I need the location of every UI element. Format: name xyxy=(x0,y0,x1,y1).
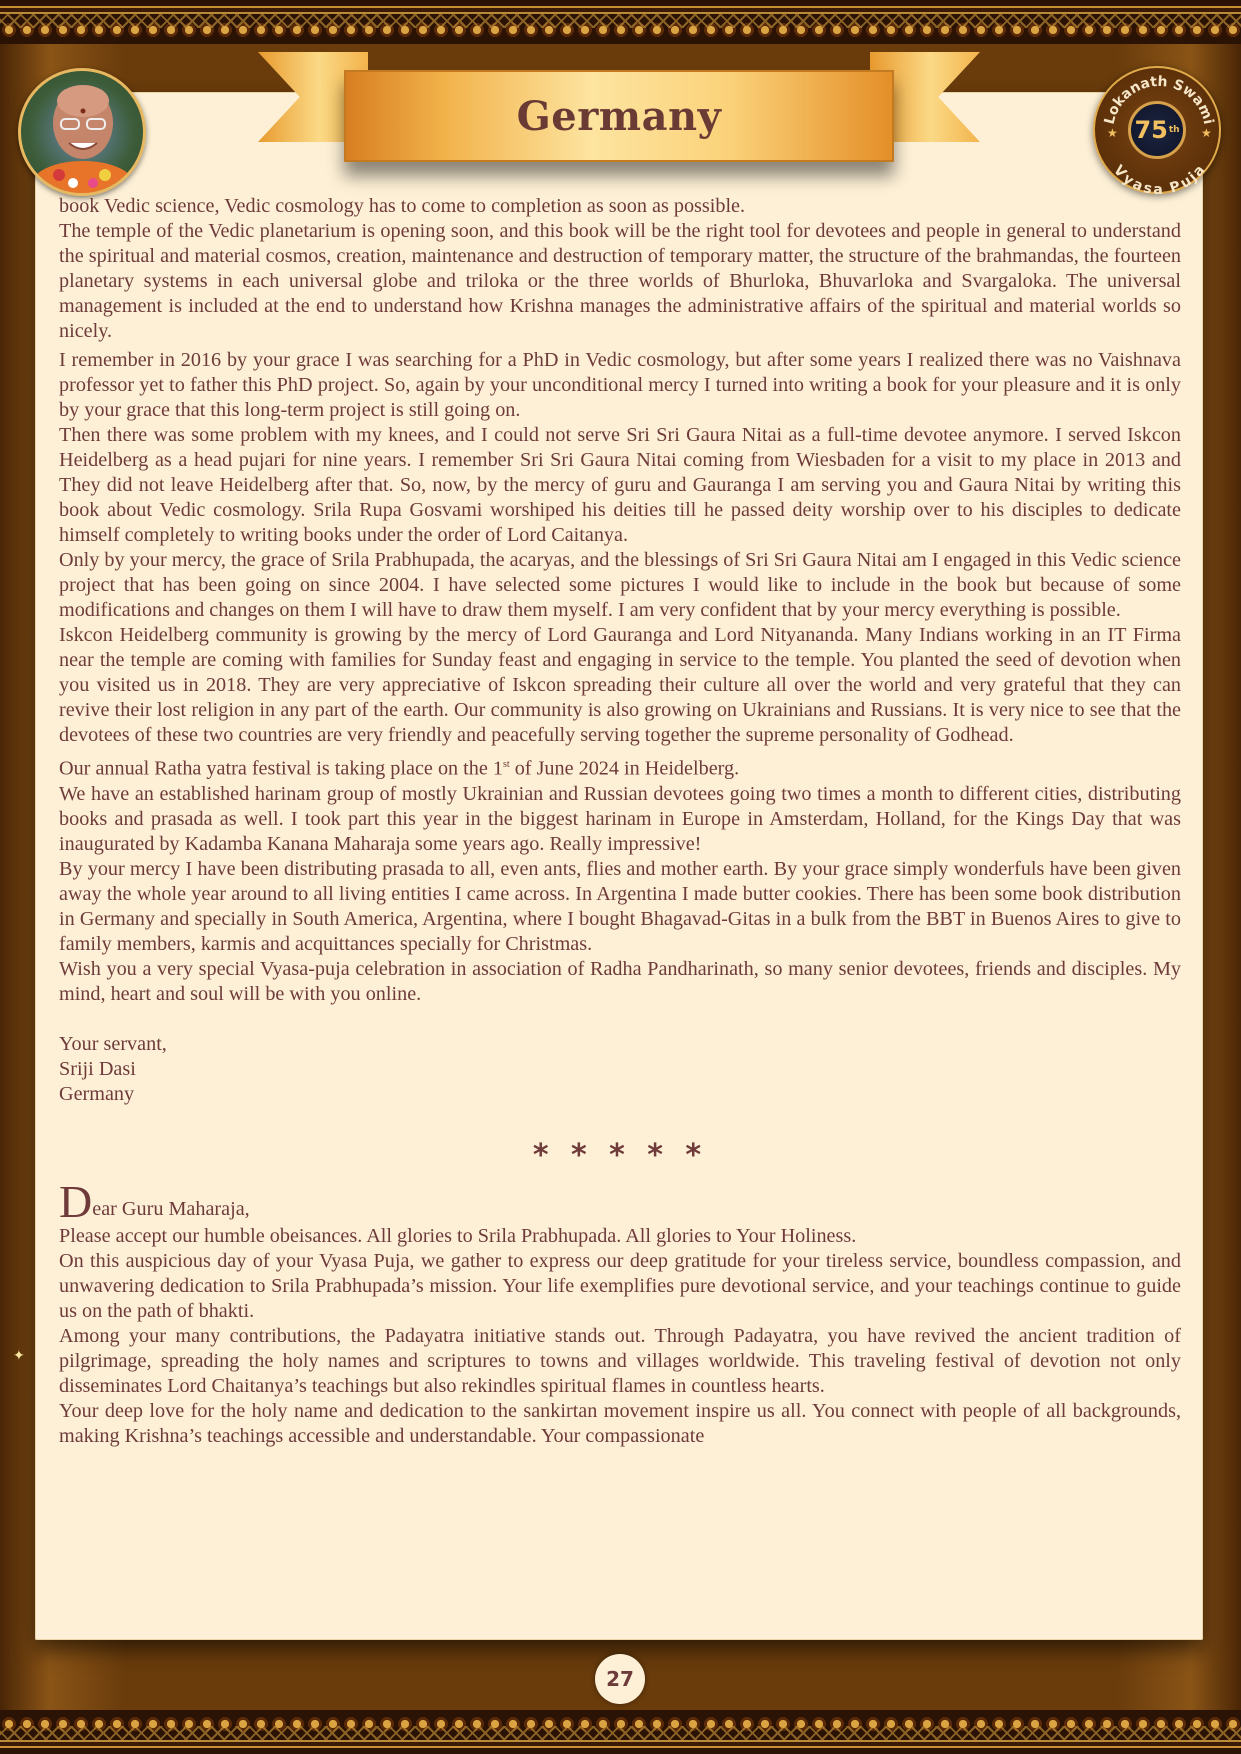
letter-content: book Vedic science, Vedic cosmology has … xyxy=(59,194,1181,1449)
signature-name: Sriji Dasi xyxy=(59,1057,1181,1082)
drop-cap: D xyxy=(59,1176,92,1227)
ratha-yatra-paragraph: Our annual Ratha yatra festival is takin… xyxy=(59,752,1181,782)
sparkle-icon: ✦ xyxy=(13,1349,27,1363)
star-icon: ★ xyxy=(1107,126,1118,140)
letter-guru-maharaja: Dear Guru Maharaja, Please accept our hu… xyxy=(59,1187,1181,1449)
paragraph: Among your many contributions, the Paday… xyxy=(59,1324,1181,1399)
paragraph: On this auspicious day of your Vyasa Puj… xyxy=(59,1249,1181,1324)
title-ribbon: Germany xyxy=(258,50,980,180)
svg-text:Vyasa Puja: Vyasa Puja xyxy=(1110,162,1208,196)
paragraph: The temple of the Vedic planetarium is o… xyxy=(59,219,1181,344)
signature-location: Germany xyxy=(59,1082,1181,1107)
page-number: 27 xyxy=(595,1654,645,1704)
avatar xyxy=(18,68,146,196)
paragraph: book Vedic science, Vedic cosmology has … xyxy=(59,194,1181,219)
section-separator: * * * * * xyxy=(59,1137,1181,1175)
vyasa-puja-75th-badge: Lokanath Swami Vyasa Puja ★ ★ 75th xyxy=(1093,66,1221,194)
paragraph: By your mercy I have been distributing p… xyxy=(59,857,1181,957)
paragraph: Please accept our humble obeisances. All… xyxy=(59,1224,1181,1249)
paragraph: We have an established harinam group of … xyxy=(59,782,1181,857)
page-title: Germany xyxy=(517,93,722,140)
badge-ring-text: Lokanath Swami Vyasa Puja ★ ★ xyxy=(1095,68,1223,196)
star-icon: ★ xyxy=(1201,126,1212,140)
paragraph: Your deep love for the holy name and ded… xyxy=(59,1399,1181,1449)
signature-block: Your servant, Sriji Dasi Germany xyxy=(59,1032,1181,1107)
portrait-icon xyxy=(21,71,146,196)
letter-germany: book Vedic science, Vedic cosmology has … xyxy=(59,194,1181,1107)
paragraph: I remember in 2016 by your grace I was s… xyxy=(59,348,1181,423)
signature-closing: Your servant, xyxy=(59,1032,1181,1057)
paragraph: Iskcon Heidelberg community is growing b… xyxy=(59,623,1181,748)
paragraph: Then there was some problem with my knee… xyxy=(59,423,1181,548)
bottom-ornamental-border xyxy=(0,1710,1241,1754)
paragraph: Only by your mercy, the grace of Srila P… xyxy=(59,548,1181,623)
svg-text:Lokanath Swami: Lokanath Swami xyxy=(1102,74,1217,126)
paragraph: Wish you a very special Vyasa-puja celeb… xyxy=(59,957,1181,1007)
ribbon-banner: Germany xyxy=(344,70,894,162)
salutation: Dear Guru Maharaja, xyxy=(59,1187,1181,1224)
top-ornamental-border xyxy=(0,0,1241,44)
